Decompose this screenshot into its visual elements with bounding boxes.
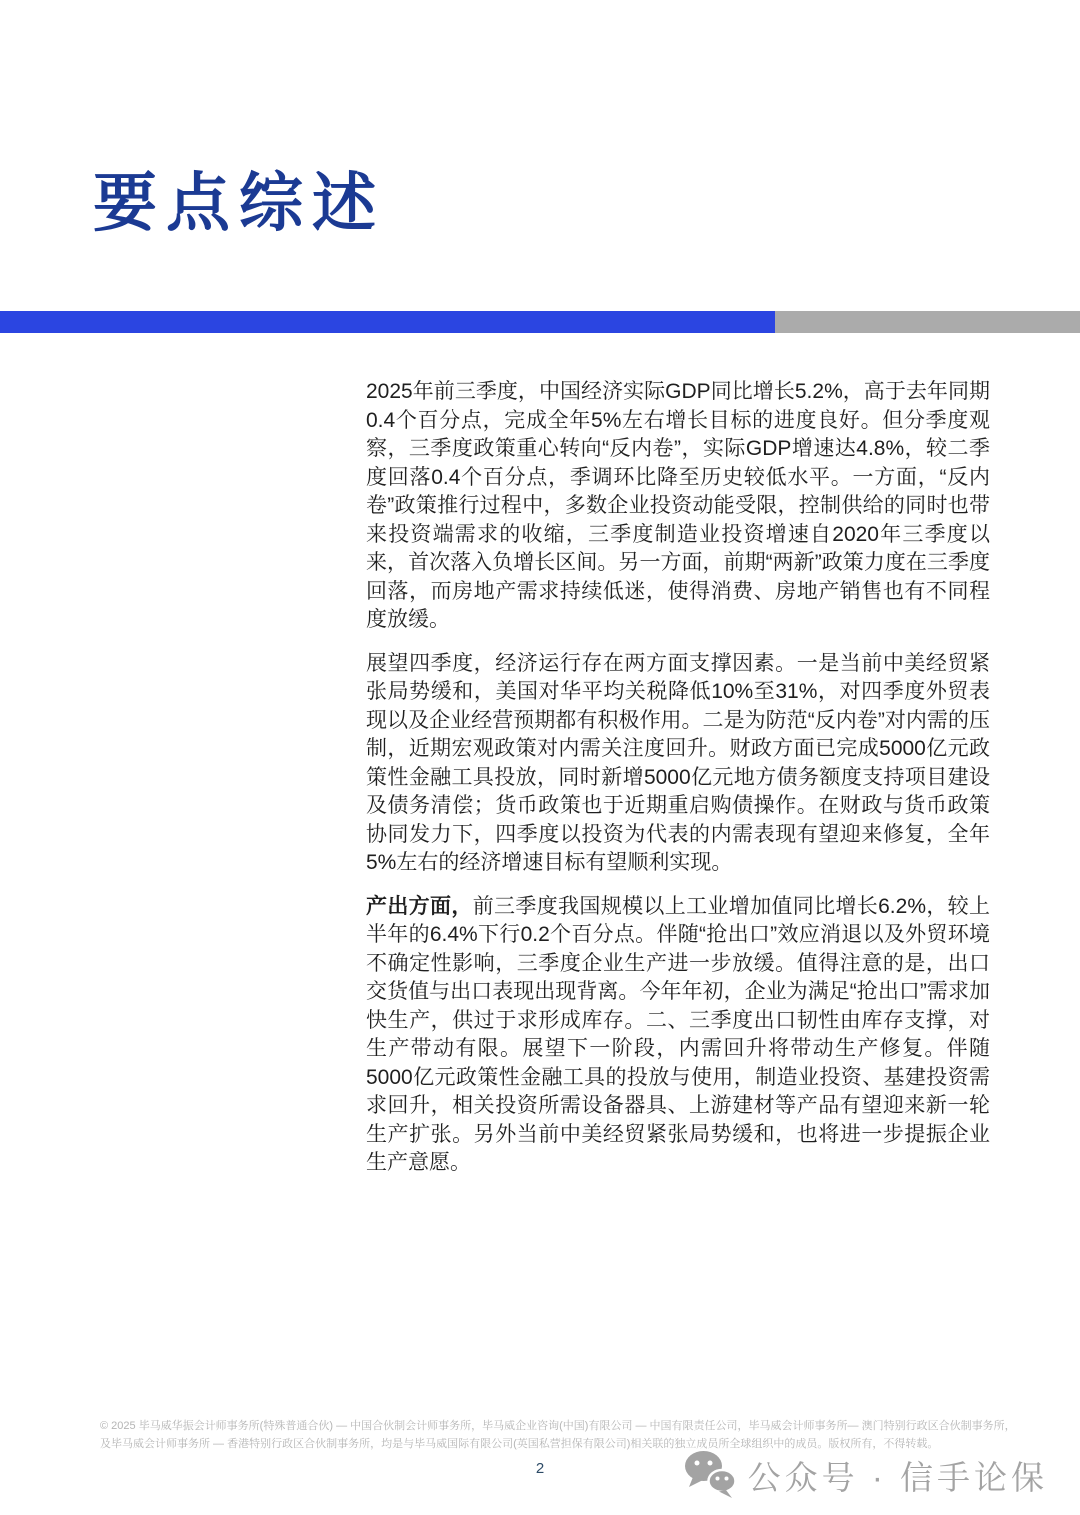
wechat-icon bbox=[684, 1450, 736, 1500]
paragraph-text: 前三季度我国规模以上工业增加值同比增长6.2%，较上半年的6.4%下行0.2个百… bbox=[366, 895, 990, 1175]
title-rule-blue-segment bbox=[0, 311, 775, 333]
paragraph-text: 2025年前三季度，中国经济实际GDP同比增长5.2%，高于去年同期0.4个百分… bbox=[366, 380, 990, 631]
title-rule bbox=[0, 311, 1080, 333]
paragraph-gdp-overview: 2025年前三季度，中国经济实际GDP同比增长5.2%，高于去年同期0.4个百分… bbox=[366, 378, 990, 635]
paragraph-text: 展望四季度，经济运行存在两方面支撑因素。一是当前中美经贸紧张局势缓和，美国对华平… bbox=[366, 652, 990, 875]
watermark-label: 公众号 · 信手论保 bbox=[748, 1452, 1048, 1499]
watermark: 公众号 · 信手论保 bbox=[684, 1450, 1048, 1500]
title-rule-gray-segment bbox=[775, 311, 1080, 333]
body-content: 2025年前三季度，中国经济实际GDP同比增长5.2%，高于去年同期0.4个百分… bbox=[366, 378, 990, 1178]
document-page: 要点综述 2025年前三季度，中国经济实际GDP同比增长5.2%，高于去年同期0… bbox=[0, 0, 1080, 1515]
paragraph-lead: 产出方面， bbox=[366, 895, 473, 918]
copyright-line-1: © 2025 毕马威华振会计师事务所(特殊普通合伙) — 中国合伙制会计师事务所… bbox=[100, 1418, 1045, 1436]
paragraph-output: 产出方面，前三季度我国规模以上工业增加值同比增长6.2%，较上半年的6.4%下行… bbox=[366, 893, 990, 1178]
paragraph-q4-outlook: 展望四季度，经济运行存在两方面支撑因素。一是当前中美经贸紧张局势缓和，美国对华平… bbox=[366, 650, 990, 878]
page-title: 要点综述 bbox=[93, 163, 385, 243]
footer-copyright: © 2025 毕马威华振会计师事务所(特殊普通合伙) — 中国合伙制会计师事务所… bbox=[100, 1418, 1045, 1453]
